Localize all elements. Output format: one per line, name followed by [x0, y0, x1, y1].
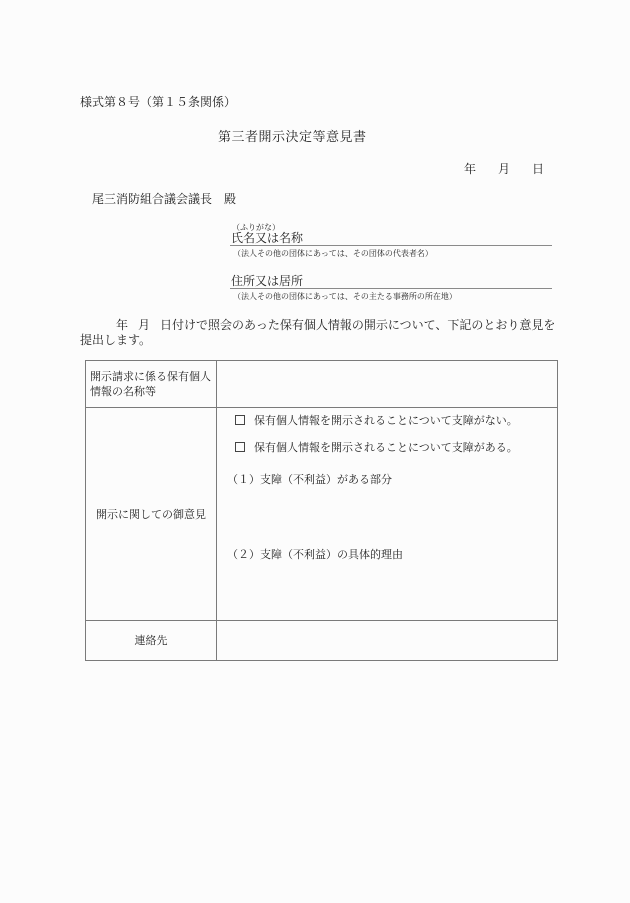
date-line: 年月日 — [464, 160, 544, 177]
objection-reason-heading: （２）支障（不利益）の具体的理由 — [227, 546, 403, 562]
name-field[interactable]: 氏名又は名称 （法人その他の団体にあっては、その団体の代表者名） — [230, 231, 552, 259]
addressee: 尾三消防組合議会議長 殿 — [92, 190, 236, 207]
intro-month: 月 — [138, 318, 150, 332]
address-field[interactable]: 住所又は居所 （法人その他の団体にあっては、その主たる事務所の所在地） — [230, 274, 552, 302]
name-label: 氏名又は名称 — [230, 231, 552, 245]
opinion-table: 開示請求に係る保有個人情報の名称等 開示に関しての御意見 保有個人情報を開示され… — [85, 360, 558, 661]
table-row-info-name: 開示請求に係る保有個人情報の名称等 — [86, 361, 558, 408]
contact-value[interactable] — [217, 621, 558, 661]
date-day-label: 日 — [532, 160, 544, 177]
date-year-label: 年 — [464, 160, 476, 177]
intro-text: 日付けで照会のあった保有個人情報の開示について、下記のとおり意見を提出します。 — [80, 318, 555, 347]
objection-part-heading: （１）支障（不利益）がある部分 — [227, 471, 392, 487]
name-underline — [230, 245, 552, 246]
address-note: （法人その他の団体にあっては、その主たる事務所の所在地） — [230, 291, 552, 302]
intro-paragraph: 年月日付けで照会のあった保有個人情報の開示について、下記のとおり意見を提出します… — [80, 318, 560, 348]
date-month-label: 月 — [498, 160, 510, 177]
table-row-opinion: 開示に関しての御意見 保有個人情報を開示されることについて支障がない。 保有個人… — [86, 408, 558, 621]
address-label: 住所又は居所 — [230, 274, 552, 288]
info-name-value[interactable] — [217, 361, 558, 408]
option-no-objection-label: 保有個人情報を開示されることについて支障がない。 — [254, 414, 518, 427]
contact-label: 連絡先 — [86, 621, 217, 661]
form-number: 様式第８号（第１５条関係） — [80, 93, 236, 110]
option-objection-label: 保有個人情報を開示されることについて支障がある。 — [254, 441, 518, 454]
opinion-value[interactable]: 保有個人情報を開示されることについて支障がない。 保有個人情報を開示されることに… — [217, 408, 558, 621]
checkbox-icon[interactable] — [235, 415, 245, 425]
address-underline — [230, 288, 552, 289]
info-name-label: 開示請求に係る保有個人情報の名称等 — [86, 361, 217, 408]
document-title: 第三者開示決定等意見書 — [218, 126, 367, 145]
option-no-objection[interactable]: 保有個人情報を開示されることについて支障がない。 — [235, 412, 518, 428]
option-objection[interactable]: 保有個人情報を開示されることについて支障がある。 — [235, 439, 518, 455]
checkbox-icon[interactable] — [235, 442, 245, 452]
intro-year: 年 — [116, 318, 128, 332]
name-note: （法人その他の団体にあっては、その団体の代表者名） — [230, 248, 552, 259]
opinion-label: 開示に関しての御意見 — [86, 408, 217, 621]
table-row-contact: 連絡先 — [86, 621, 558, 661]
